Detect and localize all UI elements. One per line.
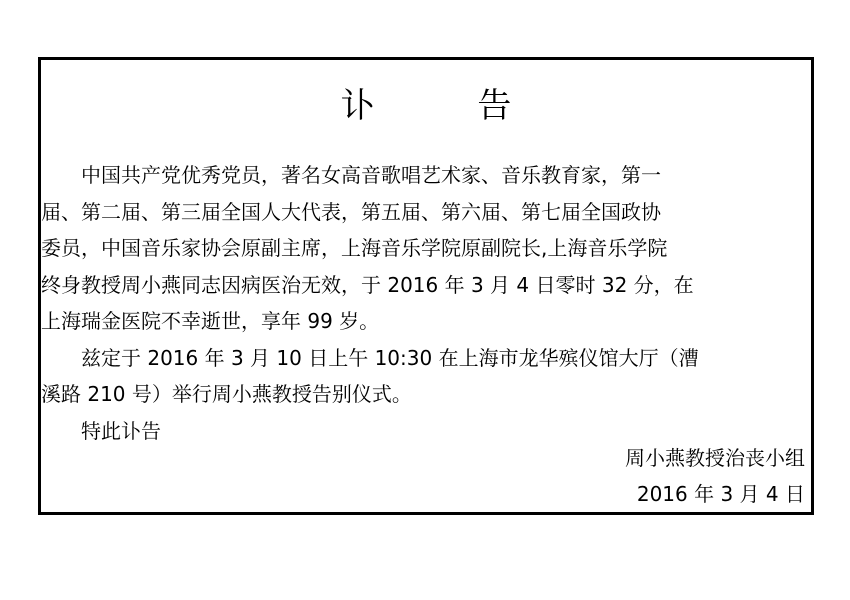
text-line: 委员，中国音乐家协会原副主席，上海音乐学院原副院长,上海音乐学院 <box>41 230 809 267</box>
notice-body: 中国共产党优秀党员，著名女高音歌唱艺术家、音乐教育家，第一 届、第二届、第三届全… <box>41 157 809 449</box>
text-line: 溪路 210 号）举行周小燕教授告别仪式。 <box>41 376 809 413</box>
signature-date: 2016 年 3 月 4 日 <box>625 476 805 512</box>
text-line: 上海瑞金医院不幸逝世，享年 99 岁。 <box>41 303 809 340</box>
text-line: 终身教授周小燕同志因病医治无效，于 2016 年 3 月 4 日零时 32 分，… <box>41 267 809 304</box>
paragraph-announcement: 中国共产党优秀党员，著名女高音歌唱艺术家、音乐教育家，第一 届、第二届、第三届全… <box>41 157 809 340</box>
obituary-frame: 讣 告 中国共产党优秀党员，著名女高音歌唱艺术家、音乐教育家，第一 届、第二届、… <box>38 57 814 515</box>
text-line: 届、第二届、第三届全国人大代表，第五届、第六届、第七届全国政协 <box>41 194 809 231</box>
signatory: 周小燕教授治丧小组 <box>625 440 805 476</box>
paragraph-funeral: 兹定于 2016 年 3 月 10 日上午 10:30 在上海市龙华殡仪馆大厅（… <box>41 340 809 413</box>
text-line: 兹定于 2016 年 3 月 10 日上午 10:30 在上海市龙华殡仪馆大厅（… <box>41 340 809 377</box>
signature-block: 周小燕教授治丧小组 2016 年 3 月 4 日 <box>625 440 805 512</box>
text-line: 中国共产党优秀党员，著名女高音歌唱艺术家、音乐教育家，第一 <box>41 157 809 194</box>
notice-title: 讣 告 <box>41 86 811 126</box>
